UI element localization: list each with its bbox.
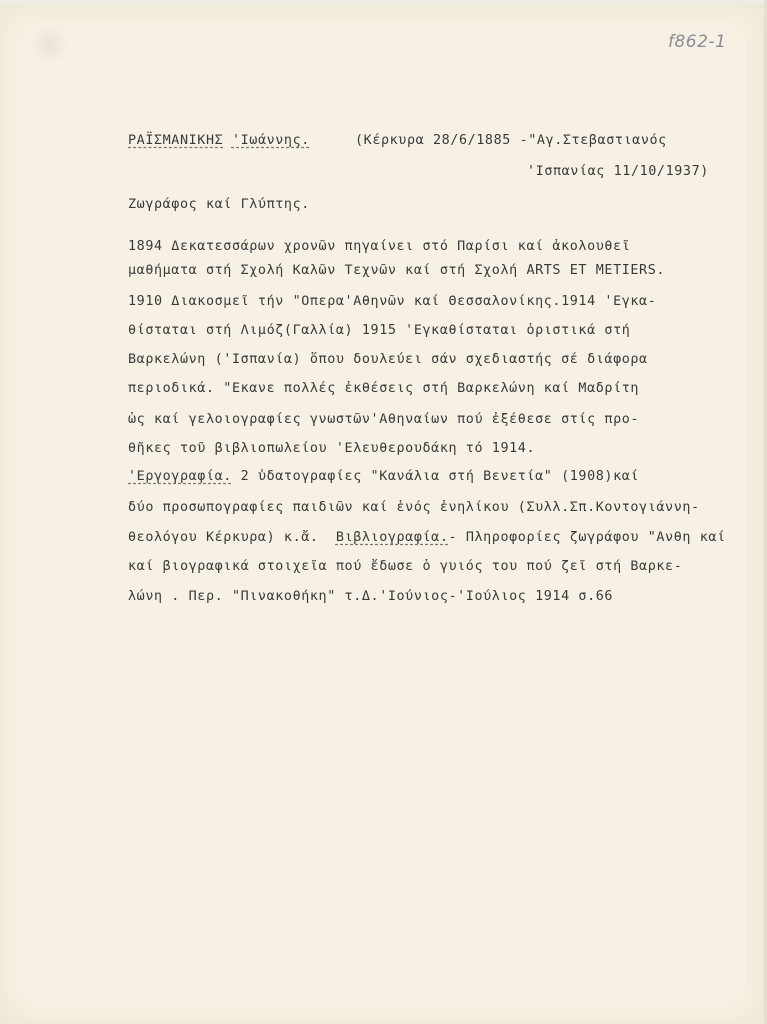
document-page: f862-1 ΡΑΪΣΜΑΝΙΚΗΣ 'Ιωάννης. (Κέρκυρα 28… [0,4,764,1024]
bibliography-text: - Πληροφορίες ζωγράφου "Ανθη καί [449,530,726,545]
biography-line: Βαρκελώνη ('Ισπανία) ὅπου δουλεύει σάν σ… [128,353,648,366]
biography-line: 1894 Δεκατεσσάρων χρονῶν πηγαίνει στό Πα… [128,240,630,253]
header-line-1: ΡΑΪΣΜΑΝΙΚΗΣ 'Ιωάννης. [128,134,310,147]
artist-given-name: 'Ιωάννης. [232,133,310,148]
biography-line: μαθήματα στή Σχολή Καλῶν Τεχνῶν καί στή … [128,264,665,277]
works-bibliography-line: θεολόγου Κέρκυρα) κ.ἄ. Βιβλιογραφία.- Πλ… [128,531,726,544]
bibliography-line: καί βιογραφικά στοιχεῖα πού ἔδωσε ὁ γυιό… [128,560,682,573]
works-text-end: θεολόγου Κέρκυρα) κ.ἄ. [128,530,336,545]
stamp-mark [28,26,70,64]
catalog-number: f862-1 [668,32,726,52]
biography-line: περιοδικά. "Εκανε πολλές ἐκθέσεις στή Βα… [128,382,639,395]
birth-death-line-2: 'Ισπανίας 11/10/1937) [527,165,709,178]
biography-line: 1910 Διακοσμεῖ τήν "Οπερα'Αθηνῶν καί Θεσ… [128,295,656,308]
bibliography-line: λώνη . Περ. "Πινακοθήκη" τ.Δ.'Ιούνιος-'Ι… [128,590,613,603]
birth-death-line-1: (Κέρκυρα 28/6/1885 -"Αγ.Στεβαστιανός [355,134,667,147]
works-line-1: 'Εργογραφία. 2 ὑδατογραφίες "Κανάλια στή… [128,470,639,483]
works-text: 2 ὑδατογραφίες "Κανάλια στή Βενετία" (19… [232,469,639,484]
works-line-2: δύο προσωπογραφίες παιδιῶν καί ἑνός ἐνηλ… [128,501,700,514]
profession: Ζωγράφος καί Γλύπτης. [128,198,310,211]
works-label: 'Εργογραφία. [128,469,232,484]
biography-line: θίσταται στή Λιμόζ(Γαλλία) 1915 'Εγκαθίσ… [128,324,630,337]
biography-line: θῆκες τοῦ βιβλιοπωλείου 'Ελευθερουδάκη τ… [128,442,535,455]
artist-surname: ΡΑΪΣΜΑΝΙΚΗΣ [128,133,223,148]
biography-line: ὡς καί γελοιογραφίες γνωστῶν'Αθηναίων πο… [128,413,639,426]
bibliography-label: Βιβλιογραφία. [336,530,449,545]
